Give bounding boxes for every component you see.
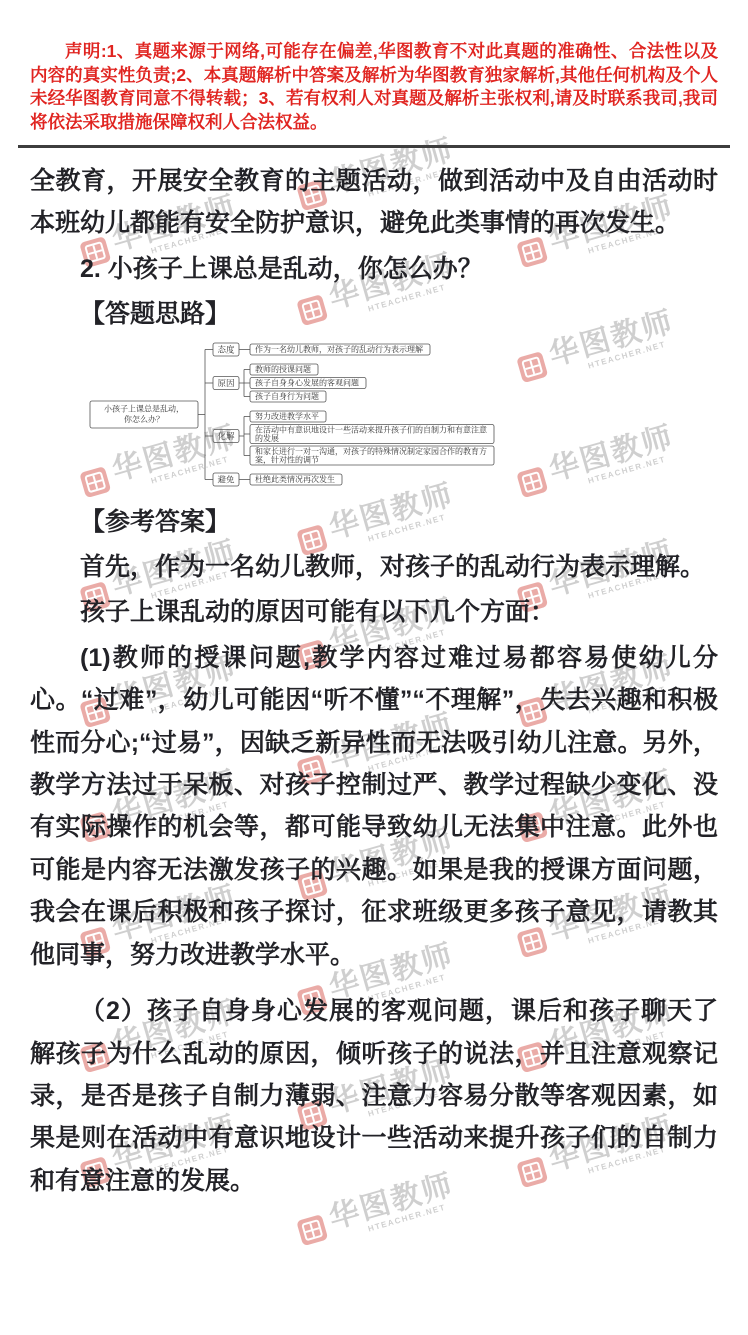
svg-text:的发展: 的发展 (255, 433, 279, 443)
paragraph-reasons-intro: 孩子上课乱动的原因可能有以下几个方面： (30, 591, 718, 633)
svg-text:避免: 避免 (217, 474, 235, 484)
svg-text:化解: 化解 (217, 431, 235, 441)
paragraph-reason-2: （2）孩子自身身心发展的客观问题，课后和孩子聊天了解孩子为什么乱动的原因，倾听孩… (30, 990, 718, 1202)
disclaimer-text: 声明:1、真题来源于网络,可能存在偏差,华图教育不对此真题的准确性、合法性以及内… (30, 40, 718, 134)
svg-text:案，针对性的调节: 案，针对性的调节 (255, 454, 319, 465)
question-2-heading: 2. 小孩子上课总是乱动，你怎么办？ (30, 248, 718, 290)
svg-text:杜绝此类情况再次发生: 杜绝此类情况再次发生 (255, 474, 335, 484)
watermark-domain-text: HTEACHER.NET (367, 1200, 460, 1234)
mindmap-svg: 态度作为一名幼儿教师，对孩子的乱动行为表示理解原因教师的授课问题孩子自身身心发展… (85, 339, 505, 491)
svg-text:作为一名幼儿教师，对孩子的乱动行为表示理解: 作为一名幼儿教师，对孩子的乱动行为表示理解 (255, 344, 423, 355)
huatu-logo-icon (296, 1214, 328, 1246)
paragraph-attitude: 首先，作为一名幼儿教师，对孩子的乱动行为表示理解。 (30, 546, 718, 588)
separator-line (18, 145, 730, 148)
huatu-logo-glyph (301, 1219, 323, 1241)
svg-text:在活动中有意识地设计一些活动来提升孩子们的自制力和有意注意: 在活动中有意识地设计一些活动来提升孩子们的自制力和有意注意 (255, 424, 487, 434)
reference-answer-heading: 【参考答案】 (30, 501, 718, 543)
paragraph-reason-1: (1)教师的授课问题,教学内容过难过易都容易使幼儿分心。“过难”，幼儿可能因“听… (30, 637, 718, 976)
svg-text:小孩子上课总是乱动，: 小孩子上课总是乱动， (104, 403, 184, 414)
svg-text:孩子自身行为问题: 孩子自身行为问题 (255, 391, 319, 401)
svg-text:你怎么办？: 你怎么办？ (124, 414, 164, 424)
answer-approach-mindmap: 态度作为一名幼儿教师，对孩子的乱动行为表示理解原因教师的授课问题孩子自身身心发展… (85, 339, 505, 491)
svg-text:原因: 原因 (217, 378, 234, 388)
answer-approach-heading: 【答题思路】 (30, 293, 718, 335)
paragraph-safety-education-continuation: 全教育，开展安全教育的主题活动，做到活动中及自由活动时本班幼儿都能有安全防护意识… (30, 160, 718, 245)
svg-text:教师的授课问题: 教师的授课问题 (255, 364, 311, 374)
svg-text:孩子自身身心发展的客观问题: 孩子自身身心发展的客观问题 (255, 377, 359, 387)
svg-text:努力改进教学水平: 努力改进教学水平 (255, 411, 319, 421)
svg-text:态度: 态度 (217, 344, 235, 354)
document-body: 全教育，开展安全教育的主题活动，做到活动中及自由活动时本班幼儿都能有安全防护意识… (30, 160, 718, 1202)
